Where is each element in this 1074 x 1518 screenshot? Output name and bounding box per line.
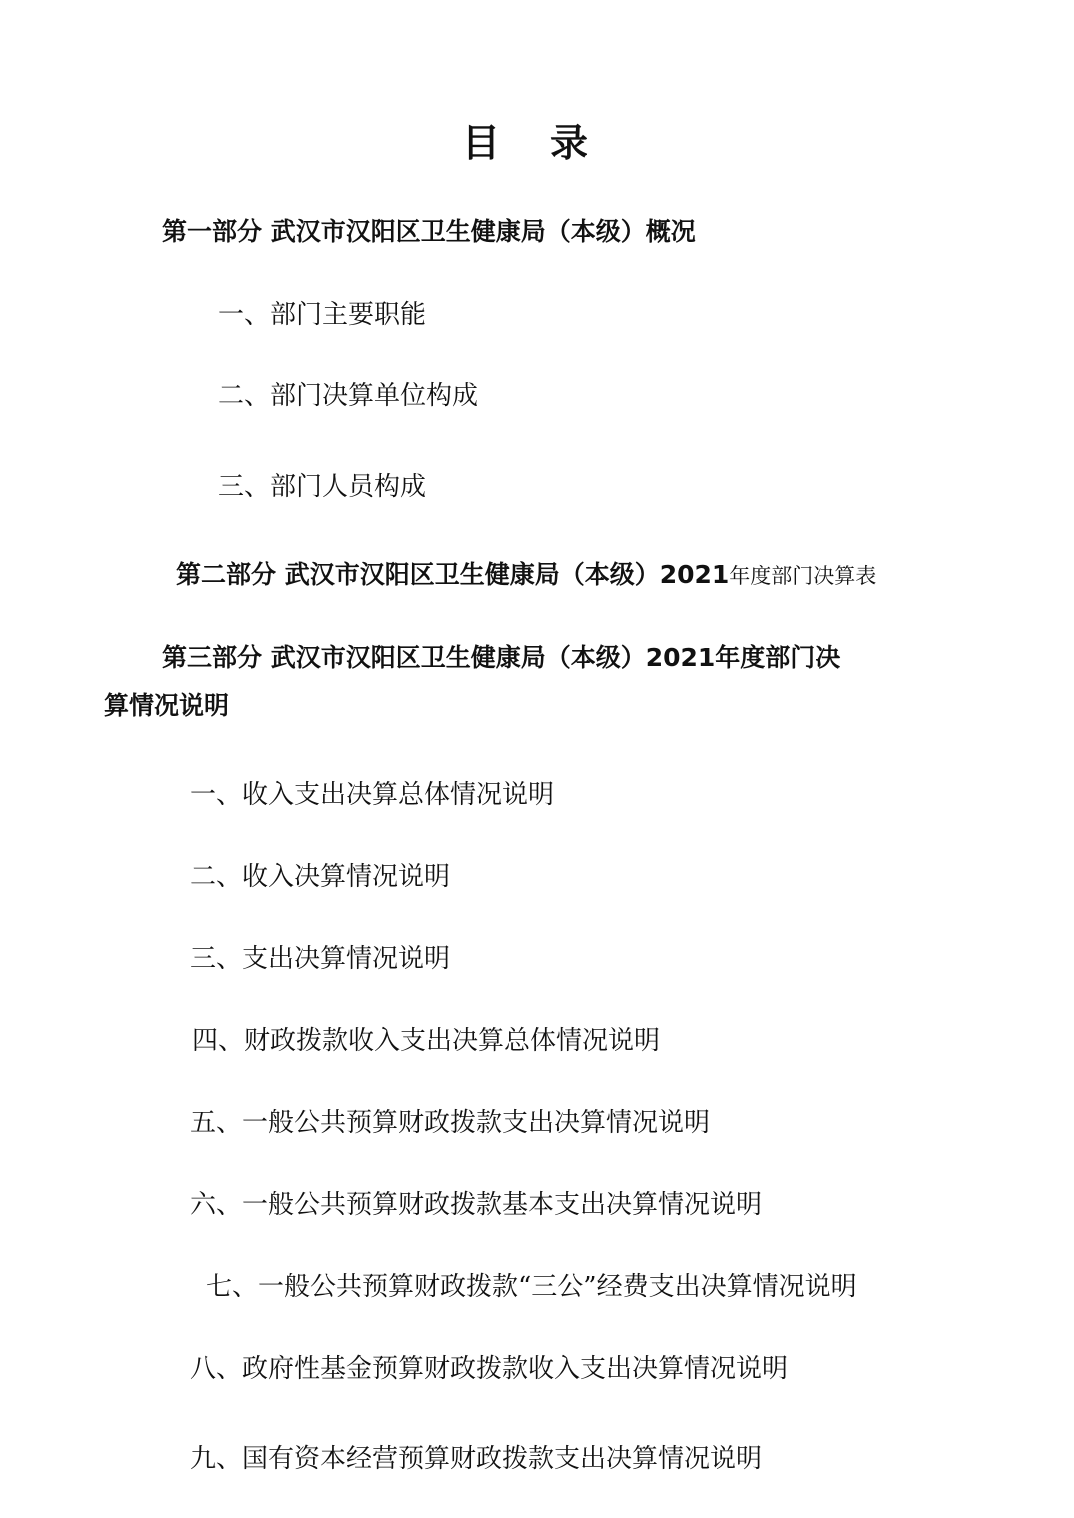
part3-item-1: 一、收入支出决算总体情况说明 [190, 774, 554, 811]
part3-item-5: 五、一般公共预算财政拨款支出决算情况说明 [190, 1102, 710, 1139]
part3-item-9: 九、国有资本经营预算财政拨款支出决算情况说明 [190, 1438, 762, 1475]
part3-item-2: 二、收入决算情况说明 [190, 856, 450, 893]
part3-item-3: 三、支出决算情况说明 [190, 938, 450, 975]
part1-item-1: 一、部门主要职能 [218, 294, 426, 331]
part3-item-7: 七、一般公共预算财政拨款“三公”经费支出决算情况说明 [206, 1266, 857, 1303]
part3-item-4: 四、财政拨款收入支出决算总体情况说明 [192, 1020, 660, 1057]
part3-item-6: 六、一般公共预算财政拨款基本支出决算情况说明 [190, 1184, 762, 1221]
part3-heading-line1: 第三部分 武汉市汉阳区卫生健康局（本级）2021年度部门决 [162, 638, 840, 674]
part2-heading: 第二部分 武汉市汉阳区卫生健康局（本级）2021年度部门决算表 [176, 555, 876, 591]
part1-heading: 第一部分 武汉市汉阳区卫生健康局（本级）概况 [162, 212, 696, 248]
part2-heading-main: 第二部分 武汉市汉阳区卫生健康局（本级）2021 [176, 560, 729, 589]
page-title: 目录 [462, 112, 638, 167]
part1-item-3: 三、部门人员构成 [218, 466, 426, 503]
part1-item-2: 二、部门决算单位构成 [218, 375, 478, 412]
part3-heading-line2: 算情况说明 [104, 686, 229, 722]
part2-heading-tail: 年度部门决算表 [729, 564, 876, 588]
part3-item-8: 八、政府性基金预算财政拨款收入支出决算情况说明 [190, 1348, 788, 1385]
